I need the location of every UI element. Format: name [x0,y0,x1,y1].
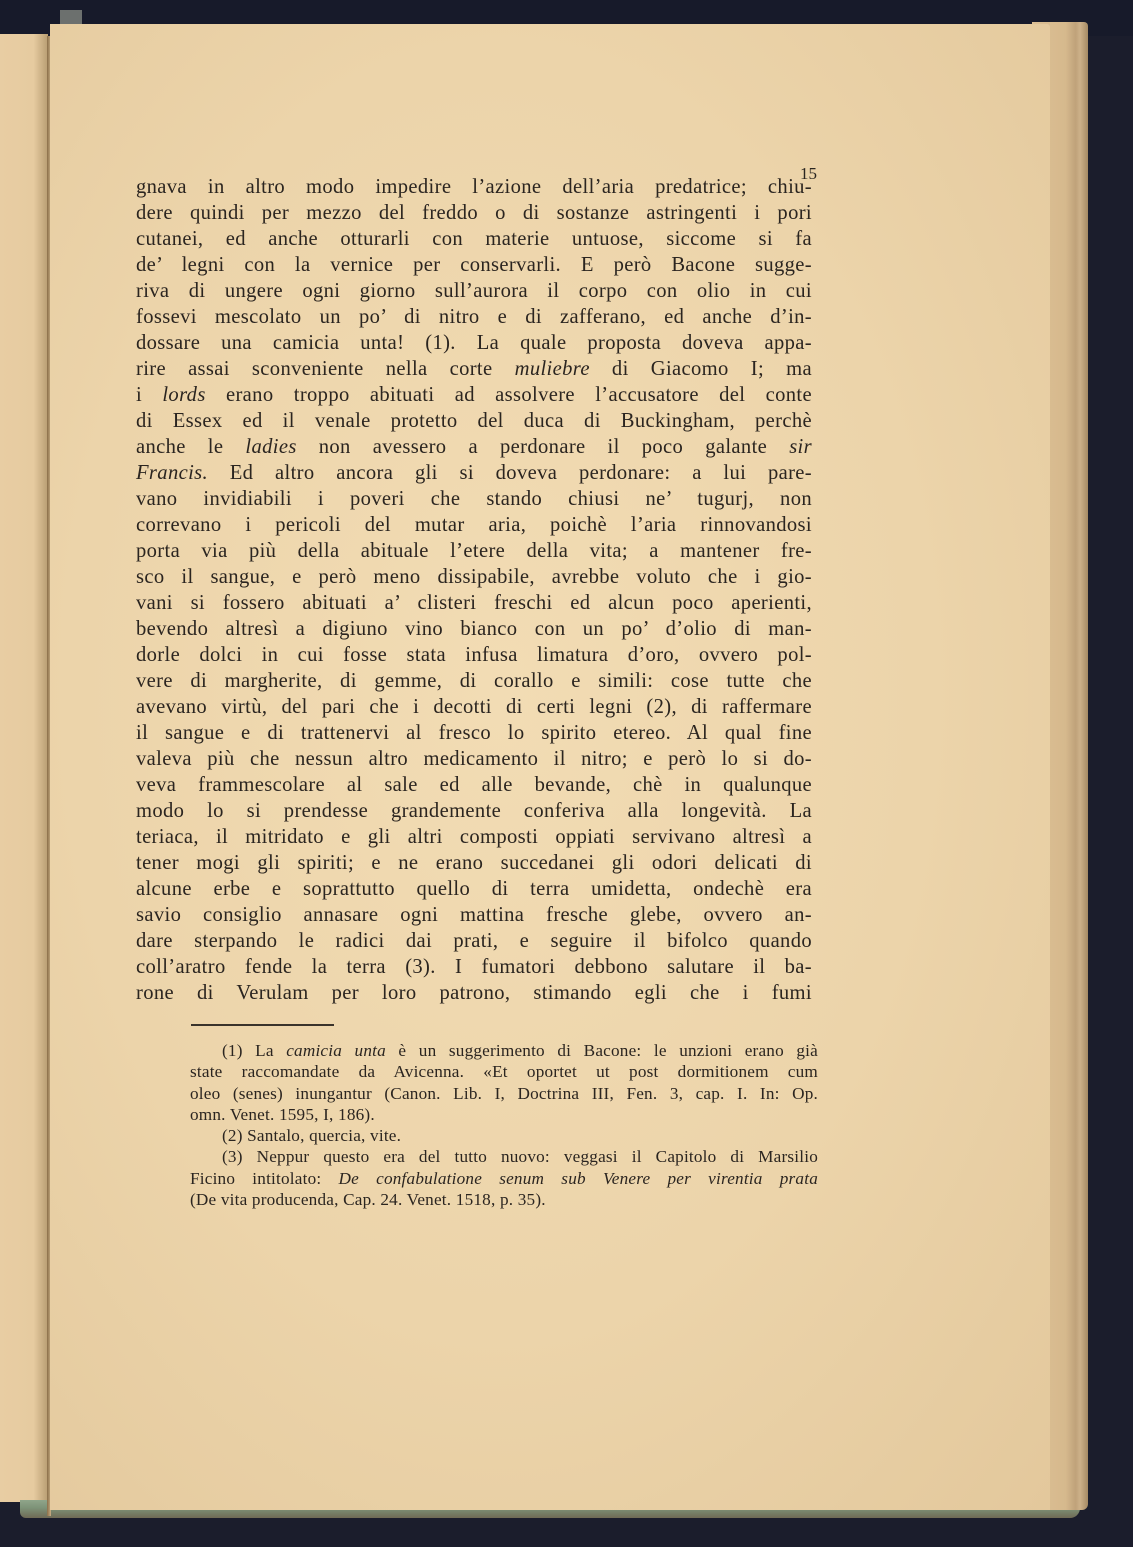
footnote-line: (De vita producenda, Cap. 24. Venet. 151… [190,1189,818,1210]
text-run: valeva più che nessun altro medicamento … [136,748,812,770]
body-line: valeva più che nessun altro medicamento … [136,746,812,772]
text-run: porta via più della abituale l’etere del… [136,540,812,562]
italic-text: ladies [245,436,296,458]
text-run: tener mogi gli spiriti; e ne erano succe… [136,852,812,874]
footnote-line: (2) Santalo, quercia, vite. [190,1125,818,1146]
text-run: il sangue e di trattenervi al fresco lo … [136,722,812,744]
body-line: dere quindi per mezzo del freddo o di so… [136,200,812,226]
body-line: veva frammescolare al sale ed alle bevan… [136,772,812,798]
text-run: i [136,384,162,406]
body-line: anche le ladies non avessero a perdonare… [136,434,812,460]
text-run: rire assai sconveniente nella corte [136,358,515,380]
text-run: bevendo altresì a digiuno vino bianco co… [136,618,812,640]
text-run: de’ legni con la vernice per conservarli… [136,254,812,276]
body-line: cutanei, ed anche otturarli con materie … [136,226,812,252]
text-run: state raccomandate da Avicenna. «Et opor… [190,1062,818,1081]
text-run: (3) Neppur questo era del tutto nuovo: v… [222,1147,818,1166]
italic-text: lords [162,384,205,406]
body-line: alcune erbe e soprattutto quello di terr… [136,876,812,902]
text-run: omn. Venet. 1595, I, 186). [190,1105,375,1124]
footnote-line: omn. Venet. 1595, I, 186). [190,1104,818,1125]
text-run: coll’aratro fende la terra (3). I fumato… [136,956,812,978]
footnote-line: Ficino intitolato: De confabulatione sen… [190,1168,818,1189]
italic-text: sir [789,436,812,458]
body-line: il sangue e di trattenervi al fresco lo … [136,720,812,746]
text-run: savio consiglio annasare ogni mattina fr… [136,904,812,926]
text-run: anche le [136,436,245,458]
text-run: (1) La [222,1041,286,1060]
body-line: savio consiglio annasare ogni mattina fr… [136,902,812,928]
text-run: (De vita producenda, Cap. 24. Venet. 151… [190,1190,546,1209]
body-line: Francis. Ed altro ancora gli si doveva p… [136,460,812,486]
text-run: oleo (senes) inungantur (Canon. Lib. I, … [190,1084,818,1103]
text-run: Ed altro ancora gli si doveva perdonare:… [208,462,812,484]
footnote-line: oleo (senes) inungantur (Canon. Lib. I, … [190,1083,818,1104]
text-run: modo lo si prendesse grandemente conferi… [136,800,812,822]
text-run: dere quindi per mezzo del freddo o di so… [136,202,812,224]
text-run: dossare una camicia unta! (1). La quale … [136,332,812,354]
footnote-line: (1) La camicia unta è un suggerimento di… [190,1040,818,1061]
footnote-separator-rule [191,1024,334,1026]
text-run: di Giacomo I; ma [590,358,812,380]
text-run: vere di margherite, di gemme, di corallo… [136,670,812,692]
body-line: riva di ungere ogni giorno sull’aurora i… [136,278,812,304]
text-run: gnava in altro modo impedire l’azione de… [136,176,812,198]
body-line: coll’aratro fende la terra (3). I fumato… [136,954,812,980]
footnotes: (1) La camicia unta è un suggerimento di… [190,1040,818,1210]
text-run: teriaca, il mitridato e gli altri compos… [136,826,812,848]
body-line: gnava in altro modo impedire l’azione de… [136,174,812,200]
text-run: di Essex ed il venale protetto del duca … [136,410,812,432]
body-line: dare sterpando le radici dai prati, e se… [136,928,812,954]
body-line: de’ legni con la vernice per conservarli… [136,252,812,278]
body-line: vani si fossero abituati a’ clisteri fre… [136,590,812,616]
text-run: sco il sangue, e però meno dissipabile, … [136,566,812,588]
body-line: sco il sangue, e però meno dissipabile, … [136,564,812,590]
body-line: dossare una camicia unta! (1). La quale … [136,330,812,356]
body-line: teriaca, il mitridato e gli altri compos… [136,824,812,850]
text-run: riva di ungere ogni giorno sull’aurora i… [136,280,812,302]
text-run: fossevi mescolato un po’ di nitro e di z… [136,306,812,328]
text-run: erano troppo abituati ad assolvere l’acc… [206,384,812,406]
body-line: porta via più della abituale l’etere del… [136,538,812,564]
text-run: avevano virtù, del pari che i decotti di… [136,696,812,718]
text-run: vani si fossero abituati a’ clisteri fre… [136,592,812,614]
italic-text: Francis. [136,462,208,484]
text-run: cutanei, ed anche otturarli con materie … [136,228,812,250]
text-run: veva frammescolare al sale ed alle bevan… [136,774,812,796]
footnote-line: (3) Neppur questo era del tutto nuovo: v… [190,1146,818,1167]
footnote-line: state raccomandate da Avicenna. «Et opor… [190,1061,818,1082]
body-line: modo lo si prendesse grandemente conferi… [136,798,812,824]
body-line: dorle dolci in cui fosse stata infusa li… [136,642,812,668]
italic-text: camicia unta [286,1041,386,1060]
body-line: bevendo altresì a digiuno vino bianco co… [136,616,812,642]
body-line: tener mogi gli spiriti; e ne erano succe… [136,850,812,876]
italic-text: De confabulatione senum sub Venere per v… [339,1169,818,1188]
body-line: di Essex ed il venale protetto del duca … [136,408,812,434]
text-run: correvano i pericoli del mutar aria, poi… [136,514,812,536]
italic-text: muliebre [515,358,590,380]
text-run: Ficino intitolato: [190,1169,339,1188]
body-line: i lords erano troppo abituati ad assolve… [136,382,812,408]
text-run: dare sterpando le radici dai prati, e se… [136,930,812,952]
body-line: correvano i pericoli del mutar aria, poi… [136,512,812,538]
text-run: è un suggerimento di Bacone: le unzioni … [386,1041,818,1060]
left-page-edge [0,34,48,1502]
text-run: vano invidiabili i poveri che stando chi… [136,488,812,510]
body-line: vano invidiabili i poveri che stando chi… [136,486,812,512]
text-run: rone di Verulam per loro patrono, stiman… [136,982,812,1004]
body-line: rire assai sconveniente nella corte muli… [136,356,812,382]
text-run: non avessero a perdonare il poco galante [297,436,789,458]
text-run: alcune erbe e soprattutto quello di terr… [136,878,812,900]
body-text: gnava in altro modo impedire l’azione de… [136,174,812,1006]
text-run: dorle dolci in cui fosse stata infusa li… [136,644,812,666]
text-run: (2) Santalo, quercia, vite. [222,1126,401,1145]
body-line: avevano virtù, del pari che i decotti di… [136,694,812,720]
body-line: vere di margherite, di gemme, di corallo… [136,668,812,694]
body-line: rone di Verulam per loro patrono, stiman… [136,980,812,1006]
body-line: fossevi mescolato un po’ di nitro e di z… [136,304,812,330]
